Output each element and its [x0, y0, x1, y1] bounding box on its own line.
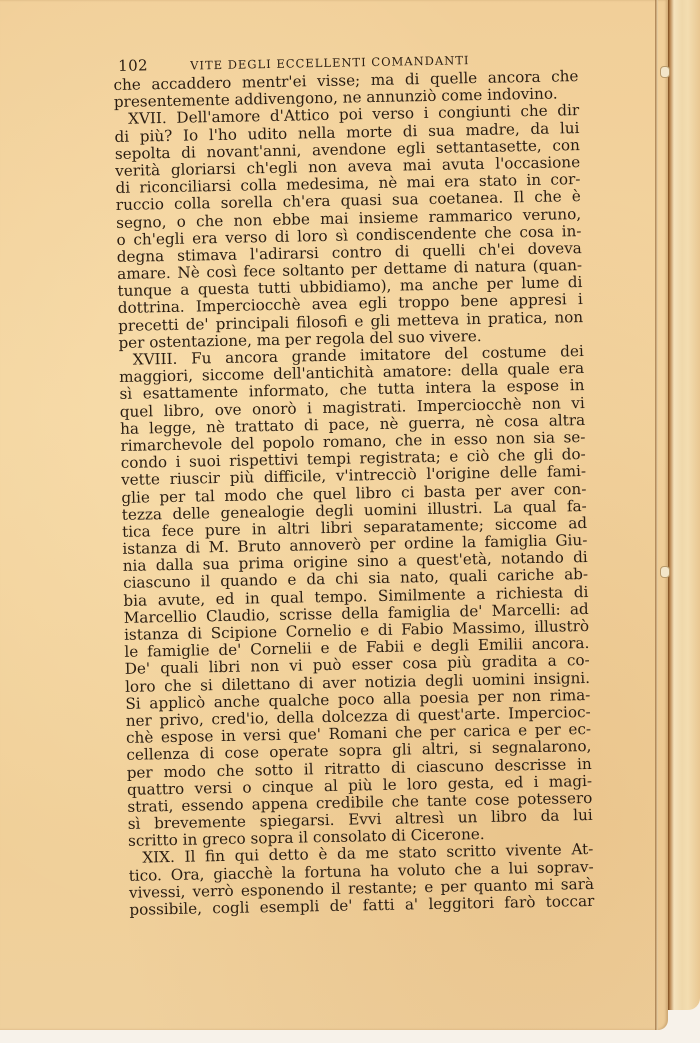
binding-stitch: [660, 66, 670, 78]
page-fold-line: [655, 0, 658, 1030]
page-number: 102: [118, 56, 190, 75]
binding-stitch: [660, 566, 670, 578]
scanned-book-page: 102 VITE DEGLI ECCELLENTI COMANDANTI che…: [0, 0, 700, 1043]
body-text: che accaddero mentr'ei visse; ma di quel…: [113, 68, 604, 919]
adjacent-page-edge: [668, 0, 700, 1010]
page-text-block: 102 VITE DEGLI ECCELLENTI COMANDANTI che…: [113, 48, 604, 919]
